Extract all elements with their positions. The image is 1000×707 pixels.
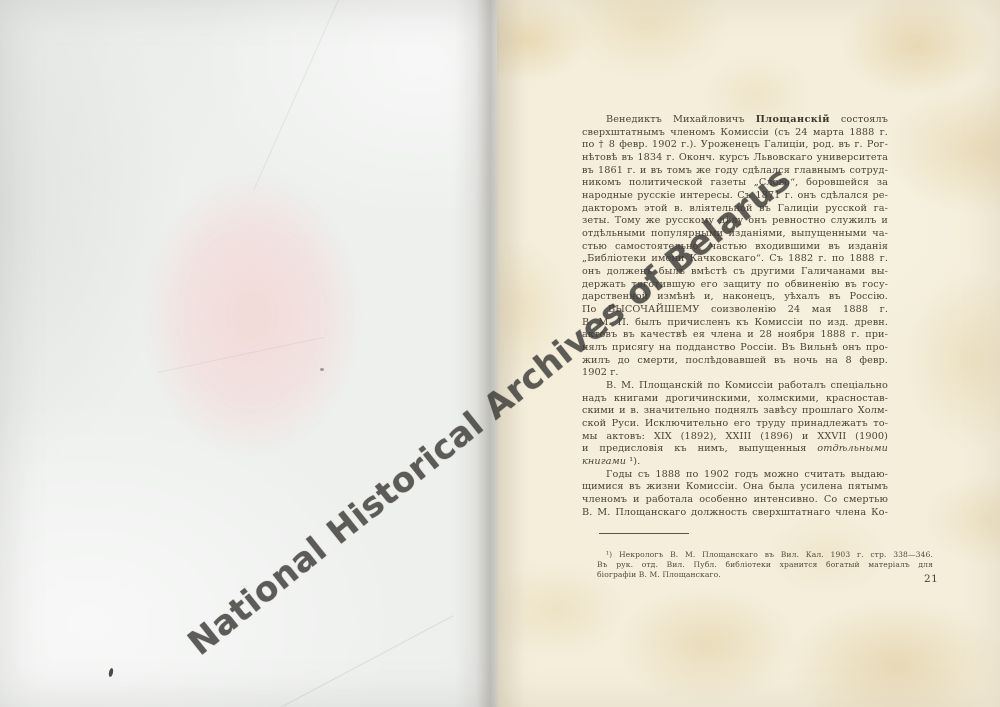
text-line: Венедиктъ Михайловичъ Площанскій состоял… [582, 114, 888, 127]
paper-speck [320, 368, 324, 371]
paper-crease [268, 615, 454, 707]
text-line: надъ книгами дрогичинскими, холмскими, к… [582, 393, 888, 406]
text-line: 1902 г. [582, 367, 888, 380]
text-line: сверхштатнымъ членомъ Комиссіи (съ 24 ма… [582, 127, 888, 140]
text-line: членомъ и работала особенно интенсивно. … [582, 494, 888, 507]
paper-crease [253, 0, 347, 190]
text-line: В. М. Площанскаго должность сверхштатнаг… [582, 507, 888, 520]
text-line: „Библіотеки имени Качковскаго“. Съ 1882 … [582, 253, 888, 266]
page-number: 21 [924, 573, 938, 585]
text-line: мы актовъ: XIX (1892), XXIII (1896) и XX… [582, 431, 888, 444]
text-line: актовъ въ качествѣ ея члена и 28 ноября … [582, 329, 888, 342]
text-line: Годы съ 1888 по 1902 годъ можно считать … [582, 469, 888, 482]
text-line: щимися въ жизни Комиссіи. Она была усиле… [582, 481, 888, 494]
paper-speck [108, 668, 114, 678]
footnote: ¹) Некрологъ В. М. Площанскаго въ Вил. К… [597, 550, 933, 580]
text-line: ской Руси. Исключительно его труду прина… [582, 418, 888, 431]
text-line: біографіи В. М. Площанскаго. [597, 570, 933, 580]
text-line: В. М. Площанскій по Комиссіи работалъ сп… [582, 380, 888, 393]
footnote-rule [599, 533, 689, 534]
text-line: стью самостоятельно, частью входившими в… [582, 241, 888, 254]
text-line: нѣтовѣ въ 1834 г. Оконч. курсъ Львовскаг… [582, 152, 888, 165]
pink-stain [140, 170, 364, 460]
text-line: въ 1861 г. и въ томъ же году сдѣлался гл… [582, 165, 888, 178]
text-line: Въ рук. отд. Вил. Публ. библіотеки храни… [597, 560, 933, 570]
text-line: нялъ присягу на подданство Россіи. Въ Ви… [582, 342, 888, 355]
text-line: и предисловія къ нимъ, выпущенныя отдѣль… [582, 443, 888, 456]
text-line: скими и в. значительно поднялъ завѣсу пр… [582, 405, 888, 418]
page-gutter [455, 0, 525, 707]
text-line: книгами ¹). [582, 456, 888, 469]
text-line: жилъ до смерти, послѣдовавшей въ ночь на… [582, 355, 888, 368]
text-line: ¹) Некрологъ В. М. Площанскаго въ Вил. К… [597, 550, 933, 560]
book-scan: Венедиктъ Михайловичъ Площанскій состоял… [0, 0, 1000, 707]
text-line: по † 8 февр. 1902 г.). Уроженецъ Галиціи… [582, 139, 888, 152]
